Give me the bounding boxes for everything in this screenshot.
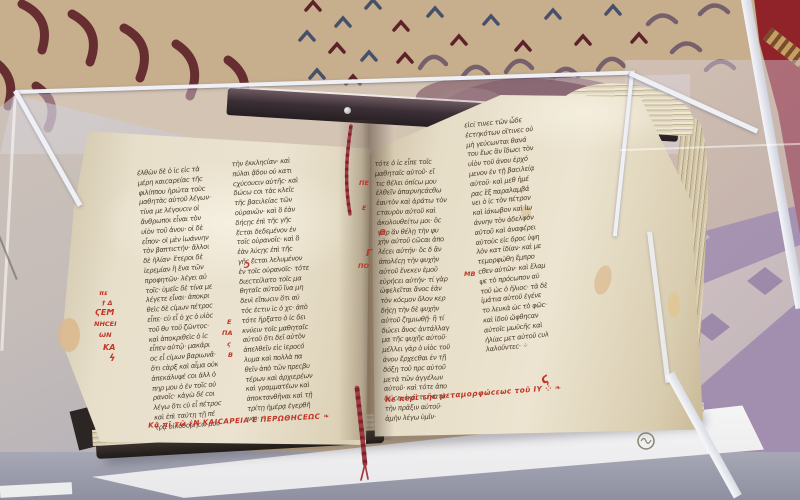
marginal-rubric: Θ <box>379 229 386 236</box>
marginal-rubric: ΠΕ <box>359 180 369 187</box>
marginal-rubric: Γ <box>366 250 372 257</box>
marginal-rubric: ϛ <box>540 375 550 385</box>
marginal-rubric: ΠΑ <box>222 330 232 337</box>
marginal-rubric: πε <box>99 290 108 297</box>
marginal-rubric: ϚΕϺ <box>95 309 114 316</box>
marginal-rubric: Β <box>228 352 233 359</box>
marginal-rubric: † Δ <box>102 300 113 307</box>
marginal-rubric: ΠΟ <box>358 263 369 270</box>
rubric-marginalia-layer: πε† ΔϚΕϺΝΗϹΕΙѠΝΚΑϟΕΠΑϛΒΠΕΕΓΠΟΜΒϽΘϛ <box>0 0 800 500</box>
marginal-rubric: Ε <box>362 205 366 212</box>
marginal-rubric: ΝΗϹΕΙ <box>94 321 117 328</box>
marginal-rubric: Ͻ <box>244 262 250 269</box>
marginal-rubric: Ε <box>227 319 231 326</box>
museum-manuscript-photo: ἐλθὼν δὲ ὁ ἰϲ εἰϲ τὰ μέρη καιϲαρείαϲ τῆϲ… <box>0 0 800 500</box>
marginal-rubric: ϛ <box>227 341 231 348</box>
marginal-rubric: ϟ <box>109 355 116 362</box>
marginal-rubric: ѠΝ <box>99 332 112 339</box>
marginal-rubric: ΚΑ <box>103 344 115 351</box>
marginal-rubric: ΜΒ <box>464 271 475 278</box>
